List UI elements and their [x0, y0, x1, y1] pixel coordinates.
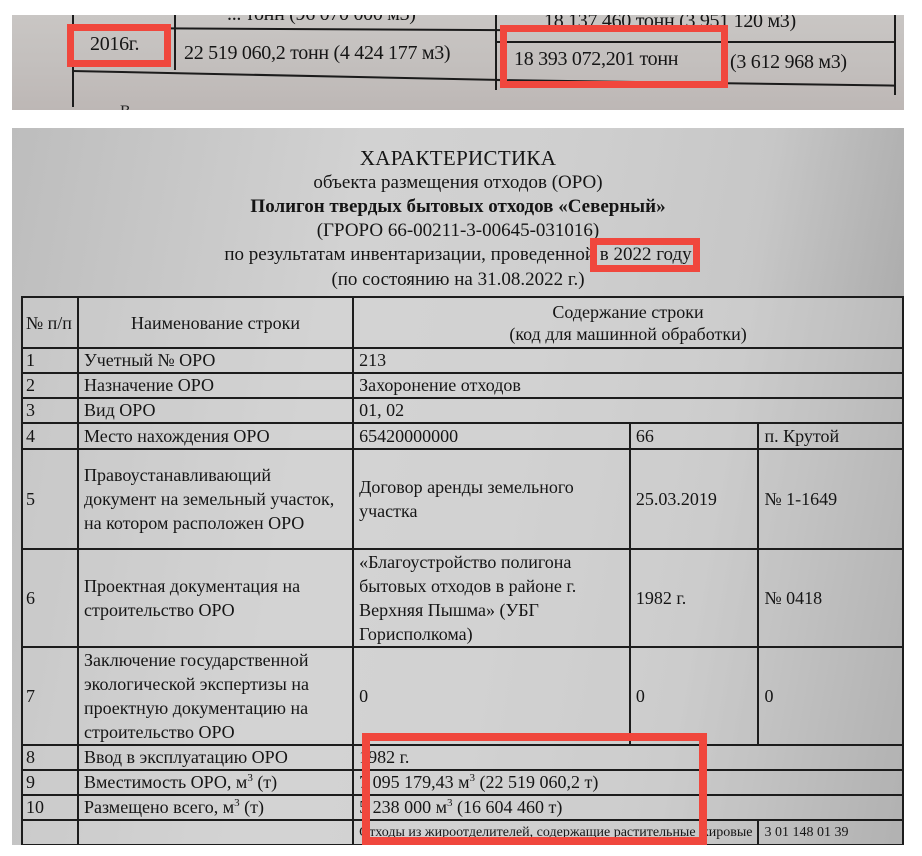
total-mass-cell: 22 519 060,2 тонн (4 424 177 м3) [184, 42, 450, 65]
table-row: 4 Место нахождения ОРО 65420000000 66 п.… [22, 423, 903, 449]
placed-mass-volume: (3 612 968 м3) [730, 51, 847, 74]
highlight-inventory-year [590, 238, 700, 272]
inventory-prefix: по результатам инвентаризации, проведенн… [224, 244, 595, 265]
table-row: 6 Проектная документация на строительств… [22, 549, 903, 647]
document-subtitle: объекта размещения отходов (ОРО) [12, 172, 904, 194]
status-date: (по состоянию на 31.08.2022 г.) [12, 269, 904, 291]
table-header-row: № п/п Наименование строки Содержание стр… [22, 297, 903, 348]
header-name: Наименование строки [78, 297, 353, 348]
inventory-line: по результатам инвентаризации, проведенн… [12, 244, 904, 266]
registry-code: (ГРОРО 66-00211-3-00645-031016) [12, 220, 904, 242]
prev-row-total: ... тонн (96 070 000 м3) [227, 15, 416, 26]
header-content: Содержание строки (код для машинной обра… [353, 297, 903, 348]
top-table-crop: ... тонн (96 070 000 м3) 18 137 460 тонн… [12, 15, 904, 110]
object-name: Полигон твердых бытовых отходов «Северны… [12, 196, 904, 218]
placed-total-label: Размещено всего, м3 (т) [78, 795, 353, 820]
document-photo: ХАРАКТЕРИСТИКА объекта размещения отходо… [12, 128, 904, 845]
capacity-label: Вместимость ОРО, м3 (т) [78, 770, 353, 795]
header-num: № п/п [22, 297, 78, 348]
highlight-placed-mass [500, 25, 728, 88]
inventory-year: в 2022 году [600, 244, 692, 265]
partial-text: В [120, 103, 131, 110]
table-border [894, 15, 896, 95]
highlight-capacity [362, 733, 707, 845]
document-title: ХАРАКТЕРИСТИКА [12, 146, 904, 171]
table-row: 1 Учетный № ОРО 213 [22, 348, 903, 373]
table-border [72, 70, 502, 81]
table-row: 2 Назначение ОРО Захоронение отходов [22, 373, 903, 398]
highlight-year [67, 24, 171, 67]
table-row: 3 Вид ОРО 01, 02 [22, 398, 903, 423]
table-row: 5 Правоустанавливающий документ на земел… [22, 449, 903, 549]
table-row: 7 Заключение государственной экологическ… [22, 647, 903, 745]
table-border [174, 15, 176, 70]
